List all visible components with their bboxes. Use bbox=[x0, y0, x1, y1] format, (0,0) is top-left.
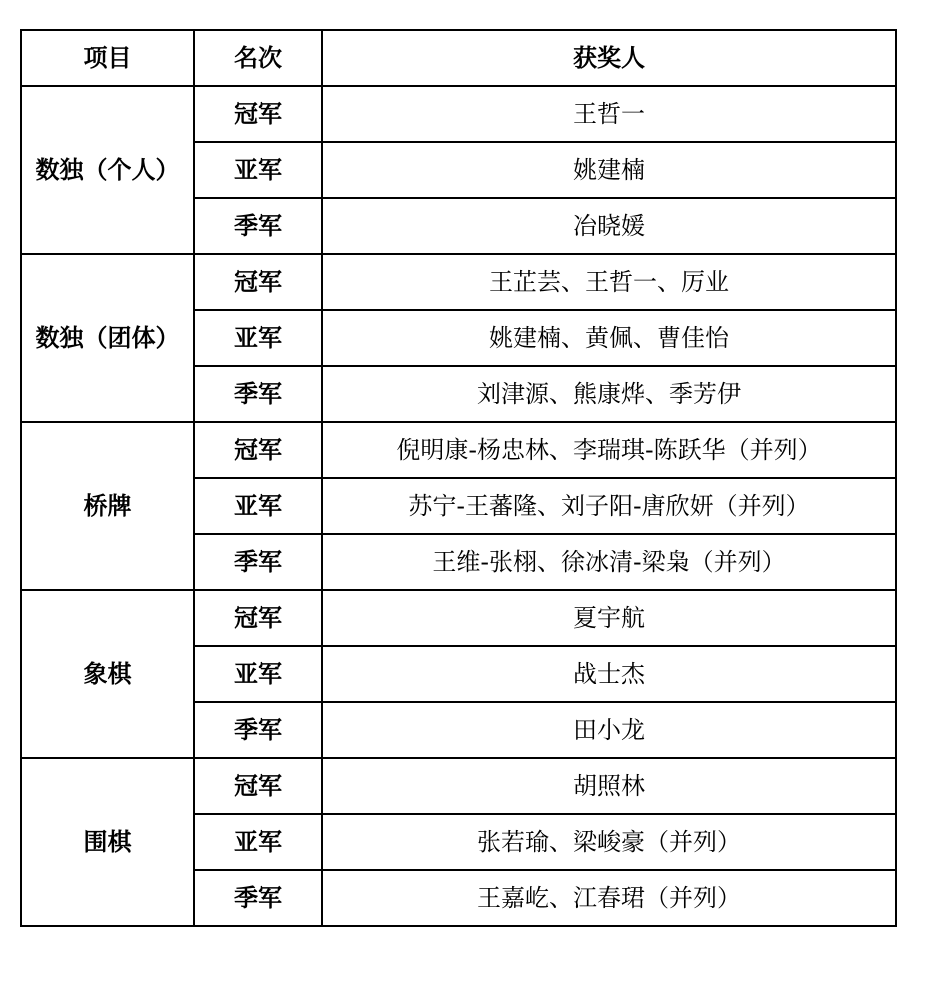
winner-cell: 倪明康-杨忠林、李瑞琪-陈跃华（并列） bbox=[322, 422, 896, 478]
winner-cell: 王哲一 bbox=[322, 86, 896, 142]
rank-cell: 冠军 bbox=[194, 422, 322, 478]
rank-cell: 冠军 bbox=[194, 590, 322, 646]
winner-cell: 刘津源、熊康烨、季芳伊 bbox=[322, 366, 896, 422]
table-row: 象棋 冠军 夏宇航 bbox=[21, 590, 896, 646]
winner-cell: 张若瑜、梁峻豪（并列） bbox=[322, 814, 896, 870]
rank-cell: 亚军 bbox=[194, 310, 322, 366]
project-cell: 数独（个人） bbox=[21, 86, 194, 254]
winner-cell: 王维-张栩、徐冰清-梁枭（并列） bbox=[322, 534, 896, 590]
table-row: 数独（个人） 冠军 王哲一 bbox=[21, 86, 896, 142]
winner-cell: 战士杰 bbox=[322, 646, 896, 702]
winner-cell: 苏宁-王蕃隆、刘子阳-唐欣妍（并列） bbox=[322, 478, 896, 534]
winner-cell: 胡照林 bbox=[322, 758, 896, 814]
winner-cell: 田小龙 bbox=[322, 702, 896, 758]
rank-cell: 冠军 bbox=[194, 254, 322, 310]
rank-cell: 季军 bbox=[194, 366, 322, 422]
winner-cell: 王芷芸、王哲一、厉业 bbox=[322, 254, 896, 310]
winner-cell: 姚建楠、黄佩、曹佳怡 bbox=[322, 310, 896, 366]
table-row: 围棋 冠军 胡照林 bbox=[21, 758, 896, 814]
rank-cell: 亚军 bbox=[194, 478, 322, 534]
project-cell: 数独（团体） bbox=[21, 254, 194, 422]
winner-cell: 姚建楠 bbox=[322, 142, 896, 198]
rank-cell: 季军 bbox=[194, 198, 322, 254]
header-row: 项目 名次 获奖人 bbox=[21, 30, 896, 86]
header-winner: 获奖人 bbox=[322, 30, 896, 86]
rank-cell: 亚军 bbox=[194, 142, 322, 198]
rank-cell: 冠军 bbox=[194, 86, 322, 142]
header-rank: 名次 bbox=[194, 30, 322, 86]
rank-cell: 季军 bbox=[194, 870, 322, 926]
table-row: 桥牌 冠军 倪明康-杨忠林、李瑞琪-陈跃华（并列） bbox=[21, 422, 896, 478]
rank-cell: 亚军 bbox=[194, 814, 322, 870]
winner-cell: 夏宇航 bbox=[322, 590, 896, 646]
rank-cell: 季军 bbox=[194, 702, 322, 758]
rank-cell: 冠军 bbox=[194, 758, 322, 814]
winner-cell: 王嘉屹、江春珺（并列） bbox=[322, 870, 896, 926]
project-cell: 桥牌 bbox=[21, 422, 194, 590]
table-row: 数独（团体） 冠军 王芷芸、王哲一、厉业 bbox=[21, 254, 896, 310]
header-project: 项目 bbox=[21, 30, 194, 86]
rank-cell: 亚军 bbox=[194, 646, 322, 702]
winner-cell: 冶晓媛 bbox=[322, 198, 896, 254]
project-cell: 围棋 bbox=[21, 758, 194, 926]
project-cell: 象棋 bbox=[21, 590, 194, 758]
awards-table: 项目 名次 获奖人 数独（个人） 冠军 王哲一 亚军 姚建楠 季军 冶晓媛 数独… bbox=[20, 29, 897, 927]
rank-cell: 季军 bbox=[194, 534, 322, 590]
